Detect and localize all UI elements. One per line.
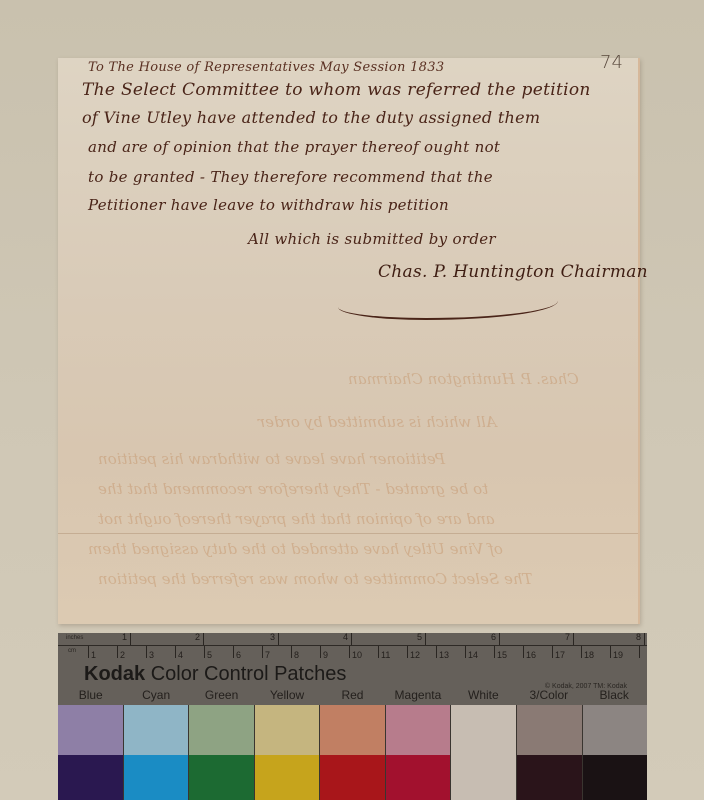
signature-flourish (338, 288, 558, 320)
patch-label-white: White (451, 688, 516, 705)
inch-ruler: inches 1 2 3 4 5 6 7 8 (58, 633, 647, 646)
cm-ruler: cm 1 2 3 4 5 6 7 8 9 10 11 12 13 14 15 1… (58, 646, 647, 664)
bleedthrough-line: and are of opinion that the prayer there… (98, 510, 495, 528)
text-line-3: and are of opinion that the prayer there… (88, 138, 500, 156)
page-number: 74 (600, 52, 623, 73)
patch-red (320, 705, 386, 800)
text-line-1: The Select Committee to whom was referre… (82, 80, 591, 100)
text-line-2: of Vine Utley have attended to the duty … (82, 108, 540, 127)
text-line-4: to be granted - They therefore recommend… (88, 168, 493, 186)
patch-3color (517, 705, 583, 800)
patch-label-green: Green (189, 688, 254, 705)
patch-label-red: Red (320, 688, 385, 705)
fold-line (58, 533, 638, 534)
bleedthrough-line: The Select Committee to whom was referre… (98, 570, 532, 588)
closing-line: All which is submitted by order (248, 230, 496, 248)
bleedthrough-line: Petitioner have leave to withdraw his pe… (98, 450, 445, 468)
kodak-brand: Kodak (84, 663, 145, 685)
patch-green (189, 705, 255, 800)
patch-label-3color: 3/Color (516, 688, 581, 705)
cm-label: cm (68, 648, 76, 654)
color-patches (58, 705, 647, 800)
bleedthrough-line: to be granted - They therefore recommend… (98, 480, 488, 498)
patch-label-yellow: Yellow (254, 688, 319, 705)
address-line: To The House of Representatives May Sess… (88, 60, 444, 75)
text-line-5: Petitioner have leave to withdraw his pe… (88, 196, 449, 214)
manuscript-page: 74 To The House of Representatives May S… (58, 58, 640, 624)
patch-label-magenta: Magenta (385, 688, 450, 705)
card-subtitle: Color Control Patches (151, 663, 347, 685)
patch-blue (58, 705, 124, 800)
bleedthrough-line: Chas. P. Huntington Chairman (348, 370, 579, 388)
bleedthrough-line: of Vine Utley have attended to the duty … (88, 540, 503, 558)
bleedthrough-line: All which is submitted by order (258, 413, 497, 431)
patch-label-black: Black (582, 688, 647, 705)
patch-label-cyan: Cyan (123, 688, 188, 705)
patch-black (583, 705, 648, 800)
signature: Chas. P. Huntington Chairman (378, 262, 648, 282)
inches-label: inches (66, 635, 83, 641)
card-title: Kodak Color Control Patches (84, 663, 346, 686)
patch-label-blue: Blue (58, 688, 123, 705)
patch-white (451, 705, 517, 800)
patch-magenta (386, 705, 452, 800)
patch-cyan (124, 705, 190, 800)
kodak-color-card: inches 1 2 3 4 5 6 7 8 cm 1 2 3 4 5 6 7 … (58, 633, 647, 800)
patch-labels: Blue Cyan Green Yellow Red Magenta White… (58, 688, 647, 705)
patch-yellow (255, 705, 321, 800)
